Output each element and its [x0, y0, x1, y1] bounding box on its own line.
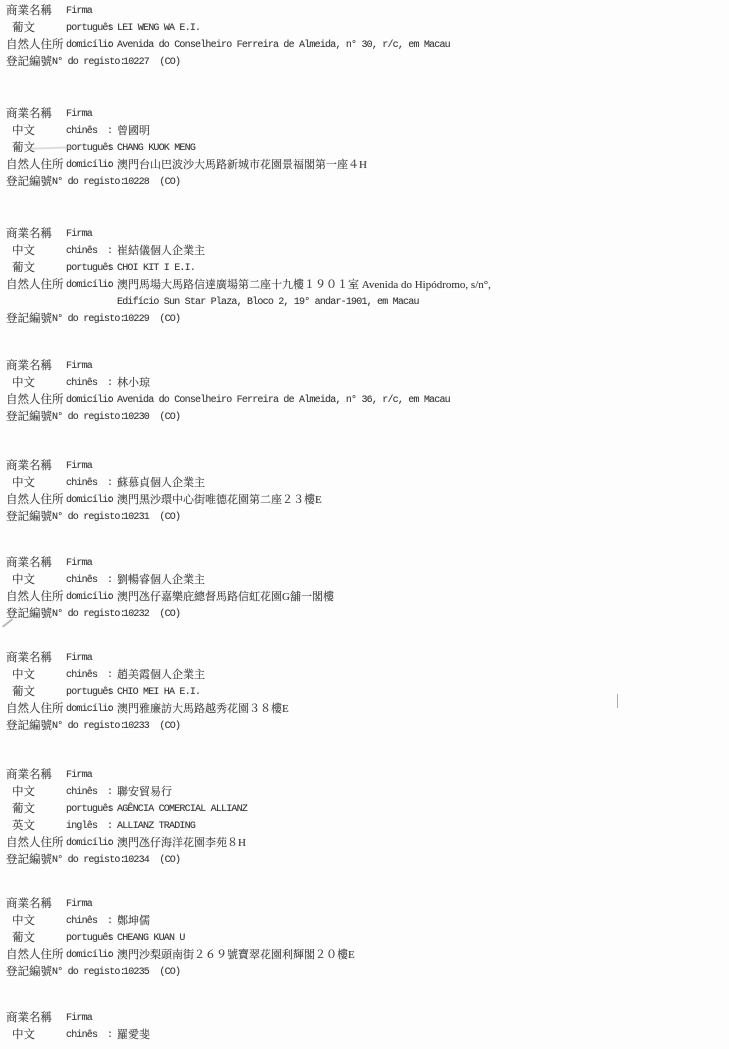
colon-separator: : — [107, 157, 112, 174]
label-zh-registo: 登記編號 — [6, 174, 52, 191]
colon-separator: : — [107, 20, 112, 37]
firma-header-row: 商業名稱Firma — [0, 458, 729, 475]
field-value-continuation: Edifício Sun Star Plaza, Bloco 2, 19° an… — [117, 294, 419, 311]
label-pt: português — [66, 930, 113, 947]
label-pt: domicílio — [66, 157, 113, 174]
label-zh: 葡文 — [12, 260, 35, 277]
colon-separator: : — [107, 913, 112, 930]
label-pt: chinês — [66, 913, 97, 930]
field-value: 聯安貿易行 — [117, 784, 172, 801]
field-value: 鄭坤儒 — [117, 913, 150, 930]
field-value: CHEANG KUAN U — [117, 930, 185, 947]
label-pt-firma: Firma — [66, 1010, 92, 1027]
firma-header-row: 商業名稱Firma — [0, 896, 729, 913]
label-zh: 自然人住所 — [6, 37, 64, 54]
field-row: 中文chinês:聯安貿易行 — [0, 784, 729, 801]
label-zh-firma: 商業名稱 — [6, 1010, 52, 1027]
label-pt: domicílio — [66, 37, 113, 54]
label-pt: chinês — [66, 475, 97, 492]
label-pt-firma: Firma — [66, 106, 92, 123]
label-pt-registo: N° do registo: — [52, 964, 125, 981]
field-value: 林小琼 — [117, 375, 150, 392]
firma-header-row: 商業名稱Firma — [0, 650, 729, 667]
scanned-registry-page: 商業名稱Firma葡文português:LEI WENG WA E.I.自然人… — [0, 0, 729, 1049]
registo-number-value: 10228 (CO) — [123, 174, 180, 191]
registo-number-value: 10230 (CO) — [123, 409, 180, 426]
colon-separator: : — [107, 589, 112, 606]
firma-header-row: 商業名稱Firma — [0, 358, 729, 375]
label-pt: chinês — [66, 375, 97, 392]
field-value-continuation-row: Edifício Sun Star Plaza, Bloco 2, 19° an… — [0, 294, 729, 311]
colon-separator: : — [107, 701, 112, 718]
label-zh: 自然人住所 — [6, 947, 64, 964]
label-zh: 中文 — [12, 123, 35, 140]
field-row: 中文chinês:羅愛斐 — [0, 1027, 729, 1044]
field-value: 澳門馬場大馬路信達廣場第二座十九樓１９０１室 Avenida do Hipódr… — [117, 277, 491, 294]
colon-separator: : — [107, 375, 112, 392]
label-pt-registo: N° do registo: — [52, 54, 125, 71]
label-pt-registo: N° do registo: — [52, 174, 125, 191]
field-row: 英文inglês:ALLIANZ TRADING — [0, 818, 729, 835]
firma-header-row: 商業名稱Firma — [0, 767, 729, 784]
label-pt-firma: Firma — [66, 767, 92, 784]
colon-separator: : — [107, 835, 112, 852]
firma-header-row: 商業名稱Firma — [0, 226, 729, 243]
colon-separator: : — [107, 475, 112, 492]
label-zh: 自然人住所 — [6, 701, 64, 718]
colon-separator: : — [107, 801, 112, 818]
label-zh: 中文 — [12, 243, 35, 260]
field-row: 自然人住所domicílio:Avenida do Conselheiro Fe… — [0, 37, 729, 54]
label-pt-registo: N° do registo: — [52, 718, 125, 735]
label-pt: chinês — [66, 784, 97, 801]
field-row: 中文chinês:林小琼 — [0, 375, 729, 392]
field-value: 趙美霞個人企業主 — [117, 667, 205, 684]
registo-number-row: 登記編號N° do registo:10229 (CO) — [0, 311, 729, 328]
label-pt-registo: N° do registo: — [52, 852, 125, 869]
label-zh-registo: 登記編號 — [6, 852, 52, 869]
colon-separator: : — [107, 667, 112, 684]
registo-number-row: 登記編號N° do registo:10233 (CO) — [0, 718, 729, 735]
field-value: 澳門氹仔嘉樂庇總督馬路信虹花園G舖一閣樓 — [117, 589, 334, 606]
field-value: 劉暢睿個人企業主 — [117, 572, 205, 589]
colon-separator: : — [107, 260, 112, 277]
field-row: 葡文português:CHIO MEI HA E.I. — [0, 684, 729, 701]
label-pt: português — [66, 20, 113, 37]
label-pt: chinês — [66, 572, 97, 589]
field-row: 葡文português:LEI WENG WA E.I. — [0, 20, 729, 37]
label-zh-firma: 商業名稱 — [6, 226, 52, 243]
label-zh: 中文 — [12, 375, 35, 392]
field-row: 自然人住所domicílio:澳門沙梨頭南街２６９號寶翠花園利輝閣２０樓E — [0, 947, 729, 964]
colon-separator: : — [107, 123, 112, 140]
label-pt-firma: Firma — [66, 226, 92, 243]
label-pt-firma: Firma — [66, 650, 92, 667]
label-zh-registo: 登記編號 — [6, 54, 52, 71]
label-pt-firma: Firma — [66, 896, 92, 913]
registo-number-value: 10227 (CO) — [123, 54, 180, 71]
label-zh: 自然人住所 — [6, 157, 64, 174]
label-pt: domicílio — [66, 392, 113, 409]
label-zh-firma: 商業名稱 — [6, 650, 52, 667]
field-value: Avenida do Conselheiro Ferreira de Almei… — [117, 392, 450, 409]
label-zh-registo: 登記編號 — [6, 964, 52, 981]
label-zh: 自然人住所 — [6, 492, 64, 509]
label-zh: 葡文 — [12, 684, 35, 701]
label-zh: 中文 — [12, 572, 35, 589]
label-pt-firma: Firma — [66, 555, 92, 572]
scan-artifact-vertical-tick — [617, 694, 618, 708]
firma-header-row: 商業名稱Firma — [0, 1010, 729, 1027]
label-zh: 中文 — [12, 1027, 35, 1044]
field-value: Avenida do Conselheiro Ferreira de Almei… — [117, 37, 450, 54]
registo-number-value: 10229 (CO) — [123, 311, 180, 328]
label-zh-firma: 商業名稱 — [6, 767, 52, 784]
label-pt-registo: N° do registo: — [52, 311, 125, 328]
registo-number-value: 10231 (CO) — [123, 509, 180, 526]
registo-number-row: 登記編號N° do registo:10234 (CO) — [0, 852, 729, 869]
registo-number-value: 10233 (CO) — [123, 718, 180, 735]
registo-number-row: 登記編號N° do registo:10231 (CO) — [0, 509, 729, 526]
label-zh: 英文 — [12, 818, 35, 835]
label-pt: chinês — [66, 667, 97, 684]
label-zh: 中文 — [12, 913, 35, 930]
label-pt: português — [66, 801, 113, 818]
label-pt: chinês — [66, 123, 97, 140]
label-zh-registo: 登記編號 — [6, 718, 52, 735]
firma-header-row: 商業名稱Firma — [0, 106, 729, 123]
field-row: 中文chinês:鄭坤儒 — [0, 913, 729, 930]
registo-number-value: 10235 (CO) — [123, 964, 180, 981]
field-row: 中文chinês:曾國明 — [0, 123, 729, 140]
registo-number-row: 登記編號N° do registo:10235 (CO) — [0, 964, 729, 981]
label-zh: 中文 — [12, 475, 35, 492]
label-zh-firma: 商業名稱 — [6, 458, 52, 475]
colon-separator: : — [107, 784, 112, 801]
colon-separator: : — [107, 818, 112, 835]
colon-separator: : — [107, 947, 112, 964]
field-value: AGÊNCIA COMERCIAL ALLIANZ — [117, 801, 247, 818]
field-value: 蘇慕貞個人企業主 — [117, 475, 205, 492]
field-row: 中文chinês:趙美霞個人企業主 — [0, 667, 729, 684]
colon-separator: : — [107, 243, 112, 260]
registo-number-row: 登記編號N° do registo:10227 (CO) — [0, 54, 729, 71]
field-value: CHOI KIT I E.I. — [117, 260, 195, 277]
colon-separator: : — [107, 392, 112, 409]
field-value: 澳門黑沙環中心街唯德花園第二座２３樓E — [117, 492, 322, 509]
field-value: 崔結儀個人企業主 — [117, 243, 205, 260]
field-row: 葡文português:AGÊNCIA COMERCIAL ALLIANZ — [0, 801, 729, 818]
colon-separator: : — [107, 37, 112, 54]
label-pt: domicílio — [66, 589, 113, 606]
label-zh: 中文 — [12, 667, 35, 684]
colon-separator: : — [107, 572, 112, 589]
label-pt: português — [66, 260, 113, 277]
label-pt: chinês — [66, 243, 97, 260]
field-row: 葡文português:CHOI KIT I E.I. — [0, 260, 729, 277]
field-row: 自然人住所domicílio:Avenida do Conselheiro Fe… — [0, 392, 729, 409]
label-pt: domicílio — [66, 947, 113, 964]
field-row: 自然人住所domicílio:澳門雅廉訪大馬路越秀花園３８樓E — [0, 701, 729, 718]
label-pt: português — [66, 684, 113, 701]
label-zh: 自然人住所 — [6, 589, 64, 606]
field-value: 澳門沙梨頭南街２６９號寶翠花園利輝閣２０樓E — [117, 947, 355, 964]
label-pt: domicílio — [66, 835, 113, 852]
registo-number-row: 登記編號N° do registo:10228 (CO) — [0, 174, 729, 191]
field-value: 澳門雅廉訪大馬路越秀花園３８樓E — [117, 701, 289, 718]
label-pt-firma: Firma — [66, 3, 92, 20]
field-row: 中文chinês:蘇慕貞個人企業主 — [0, 475, 729, 492]
label-zh-firma: 商業名稱 — [6, 896, 52, 913]
field-row: 自然人住所domicílio:澳門氹仔海洋花園李苑８H — [0, 835, 729, 852]
colon-separator: : — [107, 140, 112, 157]
field-value: ALLIANZ TRADING — [117, 818, 195, 835]
registo-number-row: 登記編號N° do registo:10232 (CO) — [0, 606, 729, 623]
field-value: LEI WENG WA E.I. — [117, 20, 200, 37]
field-value: 澳門氹仔海洋花園李苑８H — [117, 835, 246, 852]
label-pt: domicílio — [66, 492, 113, 509]
registo-number-row: 登記編號N° do registo:10230 (CO) — [0, 409, 729, 426]
field-row: 葡文português:CHANG KUOK MENG — [0, 140, 729, 157]
label-pt-firma: Firma — [66, 358, 92, 375]
label-zh-firma: 商業名稱 — [6, 555, 52, 572]
label-zh-firma: 商業名稱 — [6, 3, 52, 20]
firma-header-row: 商業名稱Firma — [0, 555, 729, 572]
label-pt: inglês — [66, 818, 97, 835]
field-value: 澳門台山巴波沙大馬路新城市花園景福閣第一座４H — [117, 157, 367, 174]
field-value: CHIO MEI HA E.I. — [117, 684, 200, 701]
label-zh: 葡文 — [12, 801, 35, 818]
label-zh: 自然人住所 — [6, 277, 64, 294]
field-row: 中文chinês:劉暢睿個人企業主 — [0, 572, 729, 589]
label-zh-registo: 登記編號 — [6, 311, 52, 328]
label-pt: domicílio — [66, 701, 113, 718]
label-zh-registo: 登記編號 — [6, 409, 52, 426]
colon-separator: : — [107, 277, 112, 294]
colon-separator: : — [107, 1027, 112, 1044]
label-pt-firma: Firma — [66, 458, 92, 475]
field-value: 曾國明 — [117, 123, 150, 140]
field-row: 自然人住所domicílio:澳門馬場大馬路信達廣場第二座十九樓１９０１室 Av… — [0, 277, 729, 294]
field-value: CHANG KUOK MENG — [117, 140, 195, 157]
label-pt: português — [66, 140, 113, 157]
label-zh: 中文 — [12, 784, 35, 801]
firma-header-row: 商業名稱Firma — [0, 3, 729, 20]
label-pt: chinês — [66, 1027, 97, 1044]
registo-number-value: 10232 (CO) — [123, 606, 180, 623]
label-pt: domicílio — [66, 277, 113, 294]
label-pt-registo: N° do registo: — [52, 509, 125, 526]
colon-separator: : — [107, 930, 112, 947]
label-zh-registo: 登記編號 — [6, 509, 52, 526]
field-row: 自然人住所domicílio:澳門氹仔嘉樂庇總督馬路信虹花園G舖一閣樓 — [0, 589, 729, 606]
field-row: 中文chinês:崔結儀個人企業主 — [0, 243, 729, 260]
field-row: 自然人住所domicílio:澳門台山巴波沙大馬路新城市花園景福閣第一座４H — [0, 157, 729, 174]
label-zh: 自然人住所 — [6, 392, 64, 409]
field-value: 羅愛斐 — [117, 1027, 150, 1044]
label-zh: 自然人住所 — [6, 835, 64, 852]
label-zh-firma: 商業名稱 — [6, 358, 52, 375]
label-zh: 葡文 — [12, 20, 35, 37]
label-zh-registo: 登記編號 — [6, 606, 52, 623]
label-pt-registo: N° do registo: — [52, 409, 125, 426]
field-row: 葡文português:CHEANG KUAN U — [0, 930, 729, 947]
registo-number-value: 10234 (CO) — [123, 852, 180, 869]
label-pt-registo: N° do registo: — [52, 606, 125, 623]
label-zh: 葡文 — [12, 930, 35, 947]
field-row: 自然人住所domicílio:澳門黑沙環中心街唯德花園第二座２３樓E — [0, 492, 729, 509]
colon-separator: : — [107, 492, 112, 509]
colon-separator: : — [107, 684, 112, 701]
label-zh-firma: 商業名稱 — [6, 106, 52, 123]
